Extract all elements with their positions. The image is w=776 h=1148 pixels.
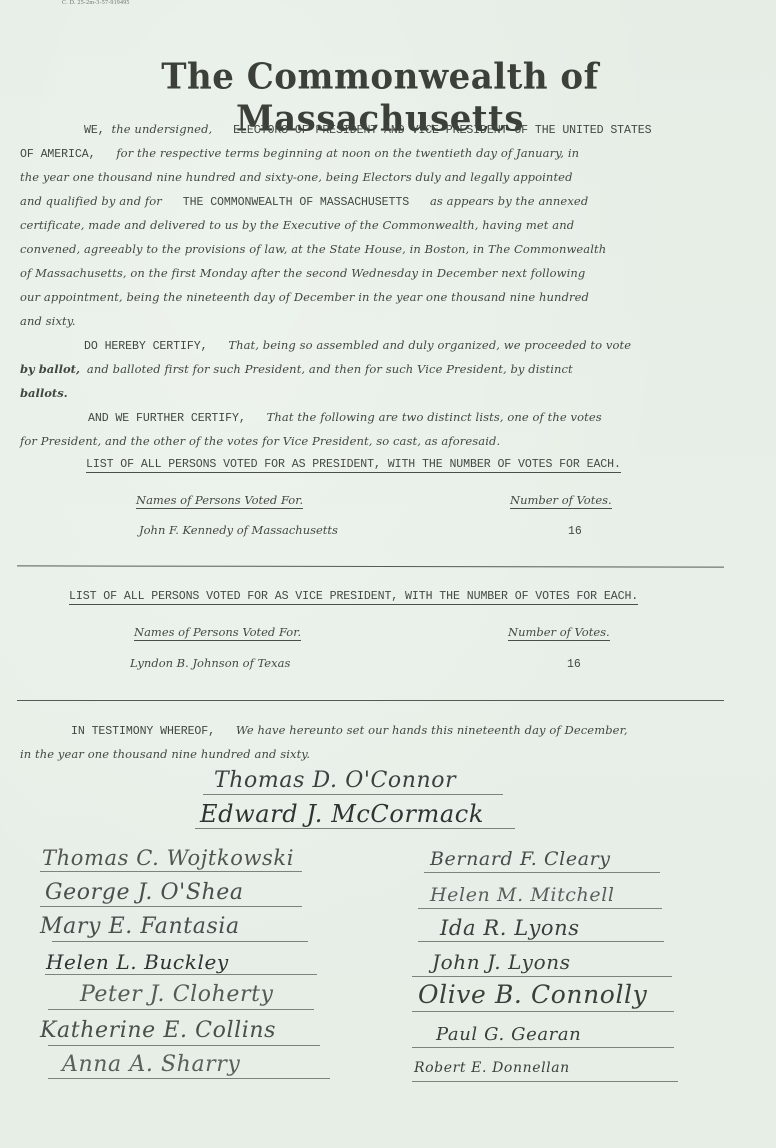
text-two-lists: That the following are two distinct list… (267, 410, 602, 424)
para1-line9: and sixty. (20, 309, 720, 334)
testimony-line2: in the year one thousand nine hundred an… (20, 742, 720, 767)
signature-center-1: Thomas D. O'Connor (214, 768, 456, 793)
para1-line2: OF AMERICA, for the respective terms beg… (20, 141, 720, 168)
para1-line1: WE, the undersigned, ELECTORS OF PRESIDE… (20, 117, 720, 144)
text-by-ballot: by ballot, (20, 362, 80, 376)
signature-line (45, 974, 317, 975)
signature-line (195, 828, 515, 829)
para1-line6: convened, agreeably to the provisions of… (20, 237, 760, 262)
signature-line (48, 1078, 330, 1079)
vp-vote-count: 16 (567, 658, 581, 671)
signature-left-5: Peter J. Cloherty (80, 982, 274, 1007)
signature-line (412, 1047, 674, 1048)
president-vote-count: 16 (568, 525, 582, 538)
para2-line2: by ballot, and balloted first for such P… (20, 357, 720, 384)
signature-left-7: Anna A. Sharry (62, 1052, 240, 1077)
text-electors-caps: ELECTORS OF PRESIDENT AND VICE PRESIDENT… (233, 124, 651, 137)
testimony-line1: IN TESTIMONY WHEREOF, We have hereunto s… (20, 718, 720, 745)
signature-line (48, 1045, 320, 1046)
signature-right-2: Helen M. Mitchell (430, 884, 615, 906)
text-further-certify: AND WE FURTHER CERTIFY, (88, 412, 246, 425)
certificate-page: C. D. 25-2m-3-57-919495 The Commonwealth… (0, 0, 776, 1148)
para2-line1: DO HEREBY CERTIFY, That, being so assemb… (20, 333, 720, 360)
signature-right-1: Bernard F. Cleary (430, 848, 611, 870)
signature-right-3: Ida R. Lyons (440, 916, 580, 940)
signature-line (52, 941, 308, 942)
text-annexed: as appears by the annexed (430, 194, 588, 208)
text-ballots: ballots. (20, 386, 68, 400)
para1-line5: certificate, made and delivered to us by… (20, 213, 720, 238)
president-candidate-name: John F. Kennedy of Massachusetts (139, 523, 338, 537)
text-assembled: That, being so assembled and duly organi… (228, 338, 631, 352)
para3-line2: for President, and the other of the vote… (20, 429, 720, 454)
vice-president-list-heading: LIST OF ALL PERSONS VOTED FOR AS VICE PR… (69, 590, 638, 605)
text-undersigned: the undersigned, (112, 122, 213, 136)
vp-names-header: Names of Persons Voted For. (134, 625, 301, 641)
signature-right-7: Robert E. Donnellan (414, 1060, 570, 1076)
form-code: C. D. 25-2m-3-57-919495 (62, 0, 130, 6)
signature-line (412, 976, 672, 977)
text-of-america: OF AMERICA, (20, 148, 95, 161)
signature-right-4: John J. Lyons (432, 950, 571, 974)
text-commonwealth-caps: THE COMMONWEALTH OF MASSACHUSETTS (183, 196, 409, 209)
para2-line3: ballots. (20, 381, 720, 408)
para1-line3: the year one thousand nine hundred and s… (20, 165, 720, 190)
president-list-heading: LIST OF ALL PERSONS VOTED FOR AS PRESIDE… (86, 458, 621, 473)
vp-candidate-name: Lyndon B. Johnson of Texas (130, 656, 290, 670)
signature-left-2: George J. O'Shea (45, 880, 244, 905)
para3-line1: AND WE FURTHER CERTIFY, That the followi… (20, 405, 720, 432)
signature-line (48, 1009, 314, 1010)
section-divider (17, 700, 724, 701)
signature-line (412, 1081, 678, 1082)
text-testimony-caps: IN TESTIMONY WHEREOF, (71, 725, 215, 738)
signature-line (40, 906, 302, 907)
president-names-header: Names of Persons Voted For. (136, 493, 303, 509)
signature-left-3: Mary E. Fantasia (40, 914, 240, 939)
president-votes-header: Number of Votes. (510, 493, 612, 509)
text-we: WE, (84, 124, 105, 137)
para1-line8: our appointment, being the nineteenth da… (20, 285, 720, 310)
signature-right-6: Paul G. Gearan (436, 1024, 581, 1045)
text-hereby-certify: DO HEREBY CERTIFY, (84, 340, 207, 353)
para1-line7: of Massachusetts, on the first Monday af… (20, 261, 720, 286)
signature-line (203, 794, 503, 795)
signature-line (424, 872, 660, 873)
signature-line (418, 941, 664, 942)
signature-line (412, 1011, 674, 1012)
signature-right-5: Olive B. Connolly (418, 980, 647, 1009)
text-hereunto: We have hereunto set our hands this nine… (236, 723, 628, 737)
text-qualified: and qualified by and for (20, 194, 162, 208)
signature-line (418, 908, 662, 909)
vp-votes-header: Number of Votes. (508, 625, 610, 641)
signature-center-2: Edward J. McCormack (200, 800, 484, 828)
section-divider (17, 565, 724, 567)
signature-left-4: Helen L. Buckley (46, 950, 229, 974)
para1-line4: and qualified by and for THE COMMONWEALT… (20, 189, 720, 216)
text-line2: for the respective terms beginning at no… (116, 146, 579, 160)
signature-left-1: Thomas C. Wojtkowski (42, 846, 294, 870)
signature-left-6: Katherine E. Collins (40, 1018, 276, 1043)
signature-line (40, 871, 302, 872)
text-balloted: and balloted first for such President, a… (87, 362, 573, 376)
